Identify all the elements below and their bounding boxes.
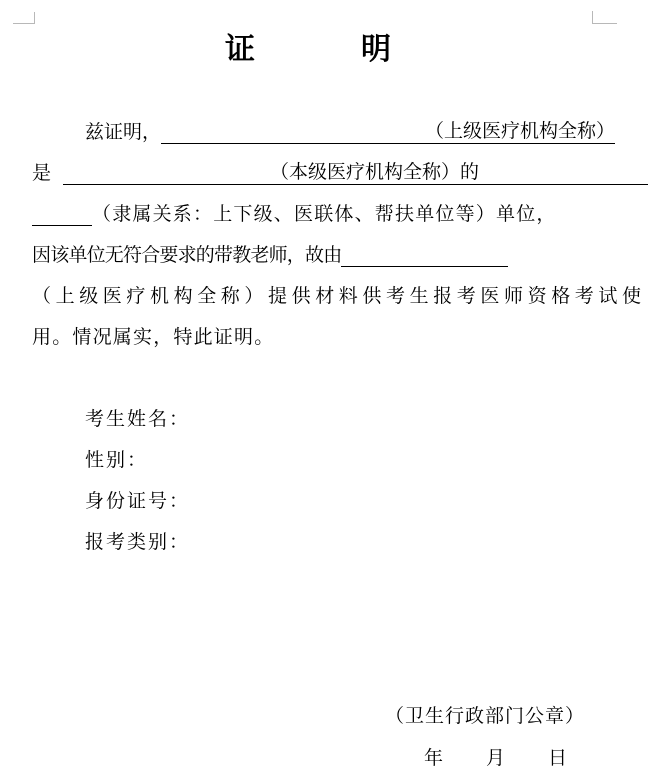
document-title: 证 明 bbox=[0, 24, 620, 68]
date-month-label: 月 bbox=[486, 743, 505, 770]
blank-underline-provider-org[interactable] bbox=[341, 264, 508, 267]
line3-text: （隶属关系：上下级、医联体、帮扶单位等）单位， bbox=[92, 199, 557, 226]
margin-mark-top-left bbox=[13, 12, 35, 24]
date-year-label: 年 bbox=[424, 743, 443, 770]
date-line: 年 月 日 bbox=[424, 743, 567, 770]
line2-underlined-note: （本级医疗机构全称）的 bbox=[270, 157, 479, 185]
field-row-id-number: 身份证号： bbox=[32, 472, 648, 513]
date-day-label: 日 bbox=[548, 743, 567, 770]
blank-underline-local-org[interactable] bbox=[63, 182, 270, 185]
field-row-gender: 性别： bbox=[32, 431, 648, 472]
field-row-exam-category: 报考类别： bbox=[32, 513, 648, 554]
line4-text: 因该单位无符合要求的带教老师，故由 bbox=[32, 240, 341, 267]
paragraph-line-1: 兹证明， （上级医疗机构全称） bbox=[32, 103, 648, 144]
line6-text: 用。情况属实，特此证明。 bbox=[32, 322, 274, 349]
line1-underlined-note: （上级医疗机构全称） bbox=[425, 116, 615, 144]
blank-underline-relationship[interactable] bbox=[32, 223, 92, 226]
paragraph-line-6: 用。情况属实，特此证明。 bbox=[32, 308, 648, 349]
field-label-gender: 性别： bbox=[85, 445, 148, 472]
blank-underline-line2-tail[interactable] bbox=[479, 182, 648, 185]
field-label-candidate-name: 考生姓名： bbox=[85, 404, 190, 431]
field-label-id-number: 身份证号： bbox=[85, 486, 190, 513]
paragraph-line-5: （上级医疗机构全称）提供材料供考生报考医师资格考试使 bbox=[32, 267, 648, 308]
margin-mark-top-right bbox=[592, 11, 617, 24]
blank-underline-upper-org[interactable] bbox=[161, 141, 425, 144]
paragraph-line-2: 是 （本级医疗机构全称）的 bbox=[32, 144, 648, 185]
stamp-placeholder-note: （卫生行政部门公章） bbox=[385, 701, 585, 728]
line2-lead-text: 是 bbox=[32, 158, 51, 185]
paragraph-line-4: 因该单位无符合要求的带教老师，故由 bbox=[32, 226, 648, 267]
line1-lead-text: 兹证明， bbox=[85, 117, 161, 144]
page: { "document": { "title": "证 明", "paragra… bbox=[0, 0, 658, 781]
field-label-exam-category: 报考类别： bbox=[85, 527, 190, 554]
empty-line bbox=[32, 349, 648, 390]
paragraph-line-3: （隶属关系：上下级、医联体、帮扶单位等）单位， bbox=[32, 185, 648, 226]
line5-text: （上级医疗机构全称）提供材料供考生报考医师资格考试使 bbox=[32, 281, 646, 308]
field-row-name: 考生姓名： bbox=[32, 390, 648, 431]
document-body: 兹证明， （上级医疗机构全称） 是 （本级医疗机构全称）的 （隶属关系：上下级、… bbox=[32, 103, 648, 554]
